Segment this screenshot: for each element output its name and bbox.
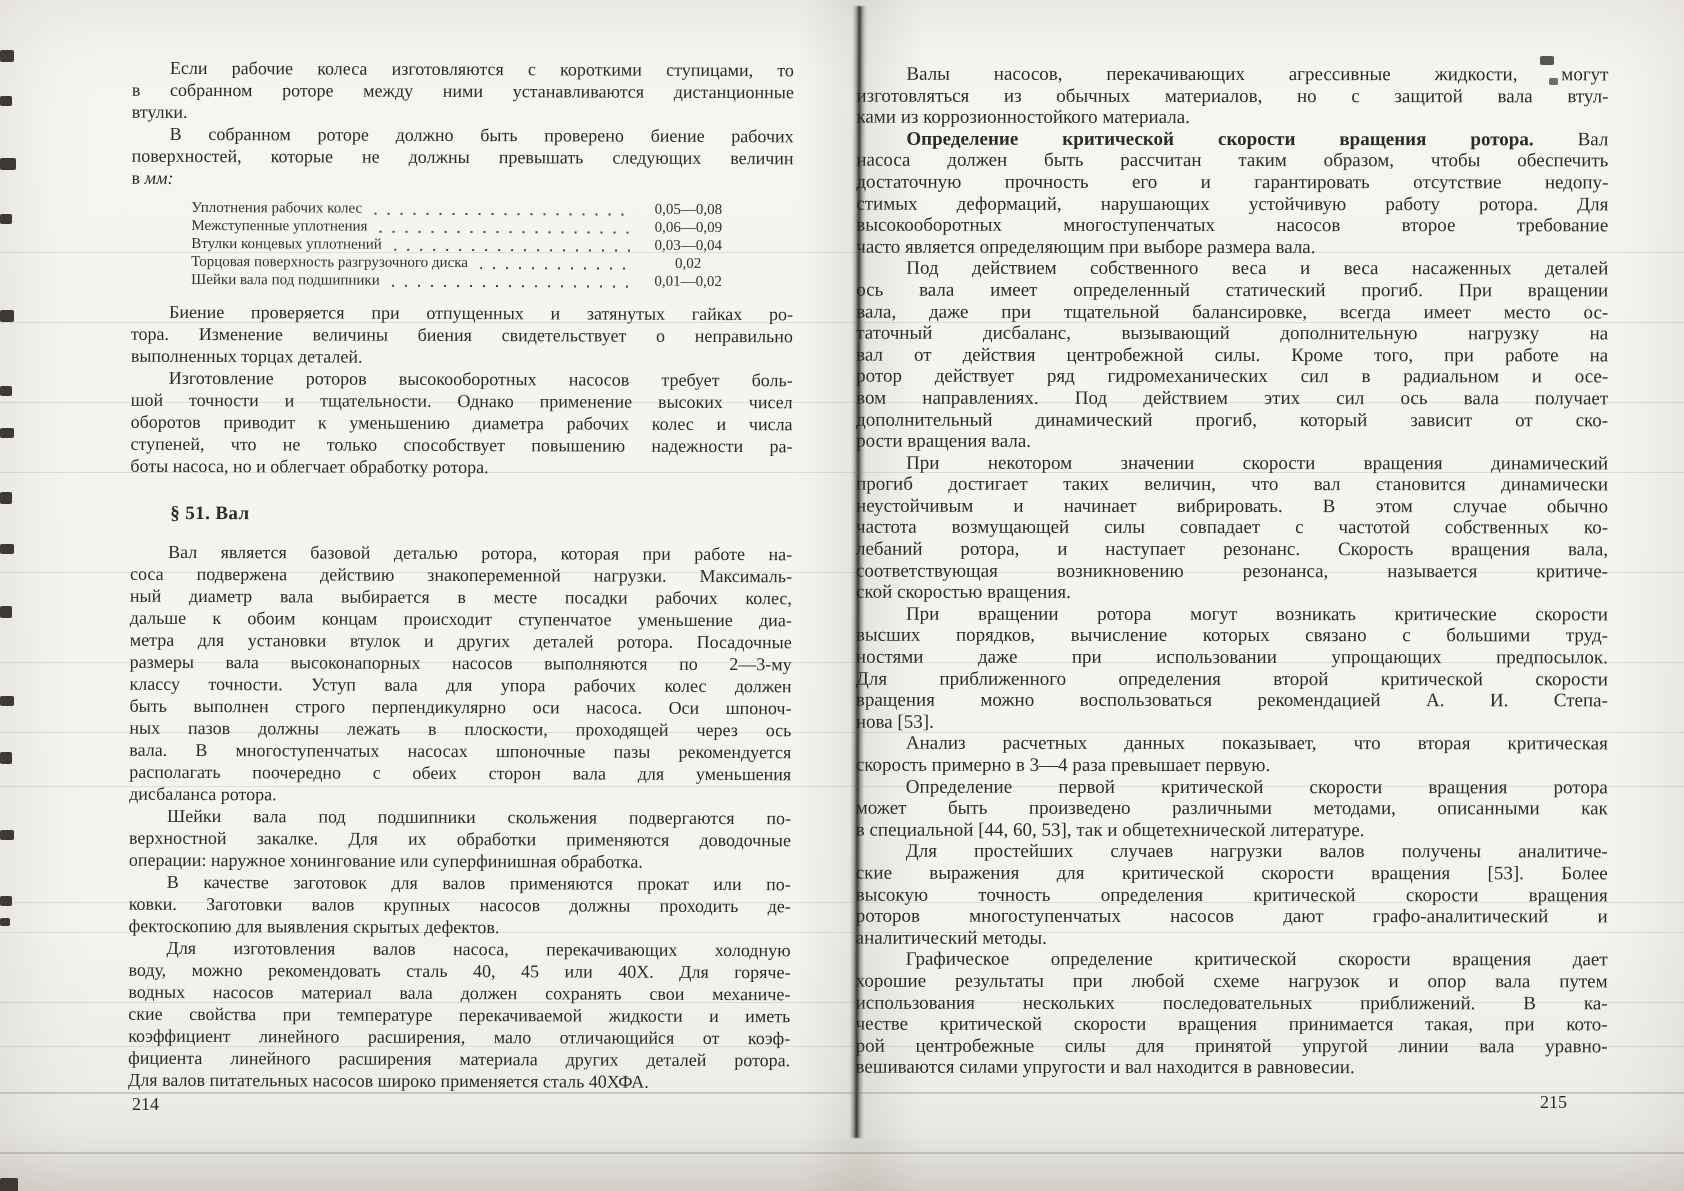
bottom-shading [0, 1130, 1684, 1191]
text-line: вала, даже при тщательной балансировке, … [856, 301, 1608, 323]
text-line: ный диаметр вала выбирается в месте поса… [130, 585, 792, 610]
table-row: Уплотнения рабочих колес 0,05—0,08 [191, 199, 736, 219]
text-line: ской скоростью вращения. [856, 582, 1608, 604]
text-line: использования нескольких последовательны… [856, 992, 1608, 1014]
lead-rest: Вал [1578, 129, 1609, 150]
paragraph: Для простейших случаев нагрузки валов по… [856, 841, 1608, 950]
dot-leader [374, 213, 630, 216]
text-line: в собранном роторе между ними устанавлив… [132, 79, 794, 104]
text-line: лебаний ротора, и наступает резонанс. Ск… [856, 539, 1608, 561]
paragraph: В собранном роторе должно быть проверено… [132, 123, 794, 170]
paragraph: Анализ расчетных данных показывает, что … [856, 733, 1608, 777]
text-line: нова [53]. [856, 711, 1608, 733]
text-line: честве критической скорости вращения при… [856, 1014, 1608, 1036]
text-line: быть выполнен строго перпендикулярно оси… [129, 695, 791, 720]
text-line: воду, можно рекомендовать сталь 40, 45 и… [128, 959, 790, 984]
text-line: ось вала имеет определенный статический … [856, 280, 1608, 302]
text-line: стимых деформаций, нарушающих устойчивую… [856, 193, 1608, 215]
paragraph: При некотором значении скорости вращения… [856, 452, 1608, 604]
text-line: ностями даже при использовании упрощающи… [856, 647, 1608, 669]
text-line: метра для установки втулок и других дета… [130, 629, 792, 654]
table-row-value: 0,01—0,02 [640, 273, 736, 291]
paragraph: В качестве заготовок для валов применяют… [129, 871, 791, 940]
text-line-bold-lead: Определение критической скорости вращени… [856, 128, 1608, 150]
text-line: боты насоса, но и облегчает обработку ро… [130, 455, 792, 480]
unit-label: мм: [144, 168, 173, 188]
runout-limits-table: Уплотнения рабочих колес 0,05—0,08 Межст… [191, 199, 736, 291]
text-line: неустойчивым и начинает вибрировать. В э… [856, 496, 1608, 518]
table-row-value: 0,05—0,08 [640, 201, 736, 219]
text-line: Для изготовления валов насоса, перекачив… [129, 937, 791, 962]
paragraph: Вал является базовой деталью ротора, кот… [129, 541, 792, 808]
text-line: фектоскопию для выявления скрытых дефект… [129, 915, 791, 940]
text-line: в специальной [44, 60, 53], так и общете… [856, 819, 1608, 841]
text-line: может быть произведено различными метода… [856, 798, 1608, 820]
text-line: дальше к обоим концам происходит ступенч… [130, 607, 792, 632]
text-line: насоса должен быть рассчитан таким образ… [856, 150, 1608, 172]
paragraph: Изготовление роторов высокооборотных нас… [130, 367, 792, 480]
text-line: таточный дисбаланс, вызывающий дополните… [856, 323, 1608, 345]
text-line: ками из коррозионностойкого материала. [856, 107, 1608, 129]
text-line: вешиваются силами упругости и вал находи… [856, 1057, 1608, 1079]
text-line: Вал является базовой деталью ротора, кот… [130, 541, 792, 566]
text-line: втулки. [132, 101, 794, 126]
unit-prefix: в [131, 168, 144, 188]
table-row-label: Шейки вала под подшипники [191, 271, 380, 290]
text-line: Определение первой критической скорости … [856, 776, 1608, 798]
table-row-value: 0,02 [640, 255, 736, 273]
text-line: оборотов приводит к уменьшению диаметра … [131, 411, 793, 436]
paragraph: Валы насосов, перекачивающих агрессивные… [856, 64, 1608, 129]
text-line: классу точности. Уступ вала для упора ра… [130, 673, 792, 698]
text-line: Если рабочие колеса изготовляются с коро… [132, 57, 794, 82]
paragraph: Под действием собственного веса и веса н… [856, 258, 1608, 453]
text-line: роторов многоступенчатых насосов дают гр… [856, 906, 1608, 928]
table-row-label: Уплотнения рабочих колес [191, 199, 362, 218]
text-line: вращения можно воспользоваться рекоменда… [856, 690, 1608, 712]
text-line: частота возмущающей силы совпадает с час… [856, 517, 1608, 539]
text-line: ступеней, что не только способствует пов… [130, 433, 792, 458]
book-scan-spread: Если рабочие колеса изготовляются с коро… [0, 0, 1684, 1191]
dot-leader [392, 285, 630, 288]
text-line: аналитический методы. [856, 927, 1608, 949]
text-line: ские свойства при температуре перекачива… [128, 1003, 790, 1028]
text-line: В качестве заготовок для валов применяют… [129, 871, 791, 896]
text-line: поверхностей, которые не должны превышат… [132, 145, 794, 170]
table-row-label: Втулки концевых уплотнений [191, 235, 382, 254]
paragraph: насоса должен быть рассчитан таким образ… [856, 150, 1608, 259]
paragraph: При вращении ротора могут возникать крит… [856, 604, 1608, 734]
dot-leader [379, 231, 630, 234]
text-line: хорошие результаты при любой схеме нагру… [856, 971, 1608, 993]
dot-leader [480, 267, 630, 270]
text-line: вом направлениях. Под действием этих сил… [856, 388, 1608, 410]
text-line: Графическое определение критической скор… [856, 949, 1608, 971]
text-line: ковки. Заготовки валов крупных насосов д… [129, 893, 791, 918]
table-row-value: 0,06—0,09 [640, 219, 736, 237]
text-line: дополнительный динамический прогиб, кото… [856, 409, 1608, 431]
paragraph: Графическое определение критической скор… [856, 949, 1608, 1079]
text-line: При вращении ротора могут возникать крит… [856, 604, 1608, 626]
text-line: вала. В многоступенчатых насосах шпоночн… [129, 739, 791, 764]
text-line: в мм: [131, 167, 793, 192]
text-line: соса подвержена действию знакопеременной… [130, 563, 792, 588]
text-line: рости вращения вала. [856, 431, 1608, 453]
text-line: прогиб достигает таких величин, что вал … [856, 474, 1608, 496]
text-line: вал от действия центробежной силы. Кроме… [856, 344, 1608, 366]
bold-lead: Определение критической скорости вращени… [906, 128, 1533, 150]
text-line: верхностной закалке. Для их обработки пр… [129, 827, 791, 852]
table-row: Межступенные уплотнения 0,06—0,09 [191, 217, 736, 237]
text-line: изготовляться из обычных материалов, но … [856, 85, 1608, 107]
table-row: Торцовая поверхность разгрузочного диска… [191, 253, 736, 273]
text-line: Для приближенного определения второй кри… [856, 668, 1608, 690]
text-line: Для простейших случаев нагрузки валов по… [856, 841, 1608, 863]
text-line: высокооборотных многоступенчатых насосов… [856, 215, 1608, 237]
text-line: скорость примерно в 3—4 раза превышает п… [856, 755, 1608, 777]
text-line: ские выражения для критической скорости … [856, 863, 1608, 885]
page-number-left: 214 [132, 1094, 159, 1115]
text-line: Под действием собственного веса и веса н… [856, 258, 1608, 280]
paragraph: Если рабочие колеса изготовляются с коро… [132, 57, 794, 126]
text-line: Анализ расчетных данных показывает, что … [856, 733, 1608, 755]
text-line: ротор действует ряд гидромеханических си… [856, 366, 1608, 388]
text-line: Для валов питательных насосов широко при… [128, 1069, 790, 1094]
text-line: Валы насосов, перекачивающих агрессивные… [856, 64, 1608, 86]
paragraph: Для изготовления валов насоса, перекачив… [128, 937, 791, 1094]
text-line: Шейки вала под подшипники скольжения под… [129, 805, 791, 830]
text-line: часто является определяющим при выборе р… [856, 236, 1608, 258]
text-line: ных пазов должны лежать в плоскости, про… [129, 717, 791, 742]
page-left: Если рабочие колеса изготовляются с коро… [128, 57, 794, 1094]
text-line: высокую точность определения критической… [856, 884, 1608, 906]
text-line: располагать поочередно с обеих сторон ва… [129, 761, 791, 786]
text-line: тора. Изменение величины биения свидетел… [131, 323, 793, 348]
text-line: Изготовление роторов высокооборотных нас… [131, 367, 793, 392]
paragraph: Шейки вала под подшипники скольжения под… [129, 805, 791, 874]
page-number-right: 215 [1540, 1092, 1567, 1113]
table-row-label: Межступенные уплотнения [191, 217, 367, 236]
text-line: выполненных торцах деталей. [131, 345, 793, 370]
text-line: достаточную прочность его и гарантироват… [856, 172, 1608, 194]
text-line: В собранном роторе должно быть проверено… [132, 123, 794, 148]
paragraph: Биение проверяется при отпущенных и затя… [131, 301, 793, 370]
text-line: фициента линейного расширения материала … [128, 1047, 790, 1072]
text-line: операции: наружное хонингование или супе… [129, 849, 791, 874]
section-heading: § 51. Вал [170, 503, 792, 527]
table-row-label: Торцовая поверхность разгрузочного диска [191, 253, 468, 272]
text-line: высших порядков, вычисление которых связ… [856, 625, 1608, 647]
table-row: Шейки вала под подшипники 0,01—0,02 [191, 271, 736, 291]
text-line: шой точности и тщательности. Однако прим… [131, 389, 793, 414]
